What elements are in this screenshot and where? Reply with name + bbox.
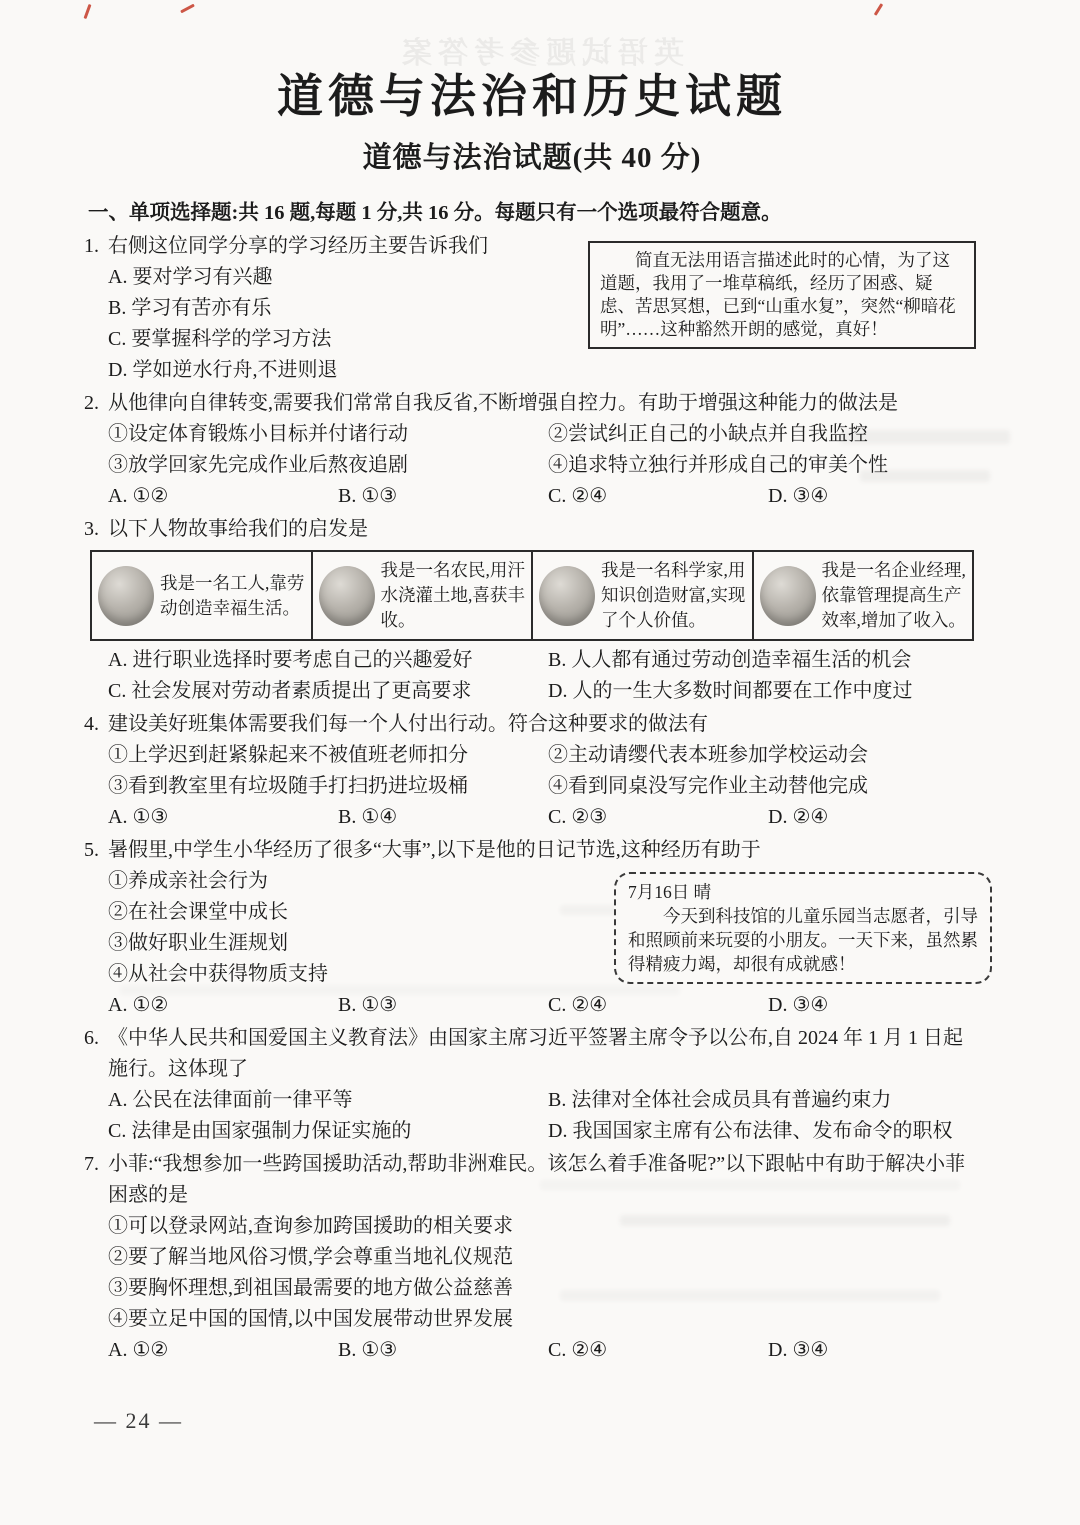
question-1: 1. 简直无法用语言描述此时的心情，为了这道题，我用了一堆草稿纸，经历了困惑、疑… xyxy=(88,231,976,386)
q3-choice-d: D. 人的一生大多数时间都要在工作中度过 xyxy=(548,676,976,707)
q7-choice-b: B. ①③ xyxy=(338,1335,548,1366)
question-6: 6. 《中华人民共和国爱国主义教育法》由国家主席习近平签署主席令予以公布,自 2… xyxy=(88,1023,976,1147)
q7-choice-a: A. ①② xyxy=(108,1335,338,1366)
q7-choice-d: D. ③④ xyxy=(768,1335,976,1366)
question-7: 7. 小菲:“我想参加一些跨国援助活动,帮助非洲难民。该怎么着手准备呢?”以下跟… xyxy=(88,1149,976,1366)
q2-statement-1: ①设定体育锻炼小目标并付诸行动 xyxy=(108,419,548,450)
question-3: 3. 以下人物故事给我们的启发是 我是一名工人,靠劳动创造幸福生活。 我是一名农… xyxy=(88,514,976,707)
question-2: 2. 从他律向自律转变,需要我们常常自我反省,不断增强自控力。有助于增强这种能力… xyxy=(88,388,976,512)
q5-choice-b: B. ①③ xyxy=(338,990,548,1021)
q5-choice-a: A. ①② xyxy=(108,990,338,1021)
q7-statement-2: ②要了解当地风俗习惯,学会尊重当地礼仪规范 xyxy=(108,1242,976,1273)
exam-paper-page: 英语试题参考答案 道德与法治和历史试题 道德与法治试题(共 40 分) 一、单项… xyxy=(0,0,1080,1525)
q6-choice-c: C. 法律是由国家强制力保证实施的 xyxy=(108,1116,548,1147)
q2-statement-2: ②尝试纠正自己的小缺点并自我监控 xyxy=(548,419,976,450)
question-4: 4. 建设美好班集体需要我们每一个人付出行动。符合这种要求的做法有 ①上学迟到赶… xyxy=(88,709,976,833)
q3-story-worker-text: 我是一名工人,靠劳动创造幸福生活。 xyxy=(160,571,305,621)
q3-story-table: 我是一名工人,靠劳动创造幸福生活。 我是一名农民,用汗水浇灌土地,喜获丰收。 我… xyxy=(90,550,974,641)
q5-answer-choices: A. ①② B. ①③ C. ②④ D. ③④ xyxy=(108,990,976,1021)
q2-choice-d: D. ③④ xyxy=(768,481,976,512)
q7-statement-3: ③要胸怀理想,到祖国最需要的地方做公益慈善 xyxy=(108,1273,976,1304)
question-number: 7. xyxy=(84,1149,99,1180)
q3-choice-c: C. 社会发展对劳动者素质提出了更高要求 xyxy=(108,676,548,707)
q4-statement-3: ③看到教室里有垃圾随手打扫扔进垃圾桶 xyxy=(108,771,548,802)
q5-diary-date: 7月16日 晴 xyxy=(628,880,978,904)
q7-stem: 小菲:“我想参加一些跨国援助活动,帮助非洲难民。该怎么着手准备呢?”以下跟帖中有… xyxy=(108,1149,976,1211)
q2-statement-4: ④追求特立独行并形成自己的审美个性 xyxy=(548,450,976,481)
q3-story-manager: 我是一名企业经理,依靠管理提高生产效率,增加了收入。 xyxy=(752,552,973,639)
worker-portrait-image xyxy=(98,566,154,626)
q3-story-farmer-text: 我是一名农民,用汗水浇灌土地,喜获丰收。 xyxy=(381,558,526,633)
paper-title: 道德与法治和历史试题 xyxy=(88,68,976,126)
scientist-portrait-image xyxy=(539,566,595,626)
q2-answer-choices: A. ①② B. ①③ C. ②④ D. ③④ xyxy=(108,481,976,512)
q3-choice-b: B. 人人都有通过劳动创造幸福生活的机会 xyxy=(548,645,976,676)
question-number: 2. xyxy=(84,388,99,419)
paper-subtitle: 道德与法治试题(共 40 分) xyxy=(88,140,976,176)
q6-stem: 《中华人民共和国爱国主义教育法》由国家主席习近平签署主席令予以公布,自 2024… xyxy=(108,1023,976,1085)
q4-statement-4: ④看到同桌没写完作业主动替他完成 xyxy=(548,771,976,802)
q1-note-text: 简直无法用语言描述此时的心情，为了这道题，我用了一堆草稿纸，经历了困惑、疑虑、苦… xyxy=(600,249,964,341)
q2-choice-a: A. ①② xyxy=(108,481,338,512)
q7-statement-4: ④要立足中国的国情,以中国发展带动世界发展 xyxy=(108,1304,976,1335)
q2-statement-3: ③放学回家先完成作业后熬夜追剧 xyxy=(108,450,548,481)
q2-choice-b: B. ①③ xyxy=(338,481,548,512)
q3-story-manager-text: 我是一名企业经理,依靠管理提高生产效率,增加了收入。 xyxy=(822,558,967,633)
q5-stem: 暑假里,中学生小华经历了很多“大事”,以下是他的日记节选,这种经历有助于 xyxy=(108,835,976,866)
q4-choice-b: B. ①④ xyxy=(338,802,548,833)
q6-choice-d: D. 我国国家主席有公布法律、发布命令的职权 xyxy=(548,1116,976,1147)
q1-option-d: D. 学如逆水行舟,不进则退 xyxy=(108,355,976,386)
q4-answer-choices: A. ①③ B. ①④ C. ②③ D. ②④ xyxy=(108,802,976,833)
q3-story-scientist-text: 我是一名科学家,用知识创造财富,实现了个人价值。 xyxy=(601,558,746,633)
q4-choice-a: A. ①③ xyxy=(108,802,338,833)
q7-choice-c: C. ②④ xyxy=(548,1335,768,1366)
q3-choice-a: A. 进行职业选择时要考虑自己的兴趣爱好 xyxy=(108,645,548,676)
page-number: — 24 — xyxy=(94,1408,183,1434)
q6-choice-b: B. 法律对全体社会成员具有普遍约束力 xyxy=(548,1085,976,1116)
q2-statements: ①设定体育锻炼小目标并付诸行动 ②尝试纠正自己的小缺点并自我监控 ③放学回家先完… xyxy=(108,419,976,481)
question-number: 6. xyxy=(84,1023,99,1054)
question-number: 5. xyxy=(84,835,99,866)
q4-stem: 建设美好班集体需要我们每一个人付出行动。符合这种要求的做法有 xyxy=(108,709,976,740)
q3-story-scientist: 我是一名科学家,用知识创造财富,实现了个人价值。 xyxy=(531,552,752,639)
section-heading: 一、单项选择题:共 16 题,每题 1 分,共 16 分。每题只有一个选项最符合… xyxy=(88,198,976,229)
q5-choice-d: D. ③④ xyxy=(768,990,976,1021)
q4-statement-1: ①上学迟到赶紧躲起来不被值班老师扣分 xyxy=(108,740,548,771)
q5-diary-body: 今天到科技馆的儿童乐园当志愿者，引导和照顾前来玩耍的小朋友。一天下来，虽然累得精… xyxy=(628,904,978,976)
q2-stem: 从他律向自律转变,需要我们常常自我反省,不断增强自控力。有助于增强这种能力的做法… xyxy=(108,388,976,419)
q7-answer-choices: A. ①② B. ①③ C. ②④ D. ③④ xyxy=(108,1335,976,1366)
q2-choice-c: C. ②④ xyxy=(548,481,768,512)
question-number: 3. xyxy=(84,514,99,545)
q5-choice-c: C. ②④ xyxy=(548,990,768,1021)
q4-choice-c: C. ②③ xyxy=(548,802,768,833)
manager-portrait-image xyxy=(760,566,816,626)
q5-diary-excerpt-box: 7月16日 晴 今天到科技馆的儿童乐园当志愿者，引导和照顾前来玩耍的小朋友。一天… xyxy=(614,872,992,984)
question-number: 4. xyxy=(84,709,99,740)
q7-statement-1: ①可以登录网站,查询参加跨国援助的相关要求 xyxy=(108,1211,976,1242)
q3-story-worker: 我是一名工人,靠劳动创造幸福生活。 xyxy=(92,552,311,639)
q3-stem: 以下人物故事给我们的启发是 xyxy=(108,514,976,545)
q3-answer-choices: A. 进行职业选择时要考虑自己的兴趣爱好 B. 人人都有通过劳动创造幸福生活的机… xyxy=(108,645,976,707)
farmer-portrait-image xyxy=(319,566,375,626)
q3-story-farmer: 我是一名农民,用汗水浇灌土地,喜获丰收。 xyxy=(311,552,532,639)
q1-student-note-box: 简直无法用语言描述此时的心情，为了这道题，我用了一堆草稿纸，经历了困惑、疑虑、苦… xyxy=(588,241,976,349)
q4-statements: ①上学迟到赶紧躲起来不被值班老师扣分 ②主动请缨代表本班参加学校运动会 ③看到教… xyxy=(108,740,976,802)
question-5: 5. 暑假里,中学生小华经历了很多“大事”,以下是他的日记节选,这种经历有助于 … xyxy=(88,835,976,1021)
question-number: 1. xyxy=(84,231,99,262)
q6-choice-a: A. 公民在法律面前一律平等 xyxy=(108,1085,548,1116)
q4-statement-2: ②主动请缨代表本班参加学校运动会 xyxy=(548,740,976,771)
q4-choice-d: D. ②④ xyxy=(768,802,976,833)
paper-content: 道德与法治和历史试题 道德与法治试题(共 40 分) 一、单项选择题:共 16 … xyxy=(0,0,1080,1366)
q6-answer-choices: A. 公民在法律面前一律平等 B. 法律对全体社会成员具有普遍约束力 C. 法律… xyxy=(108,1085,976,1147)
